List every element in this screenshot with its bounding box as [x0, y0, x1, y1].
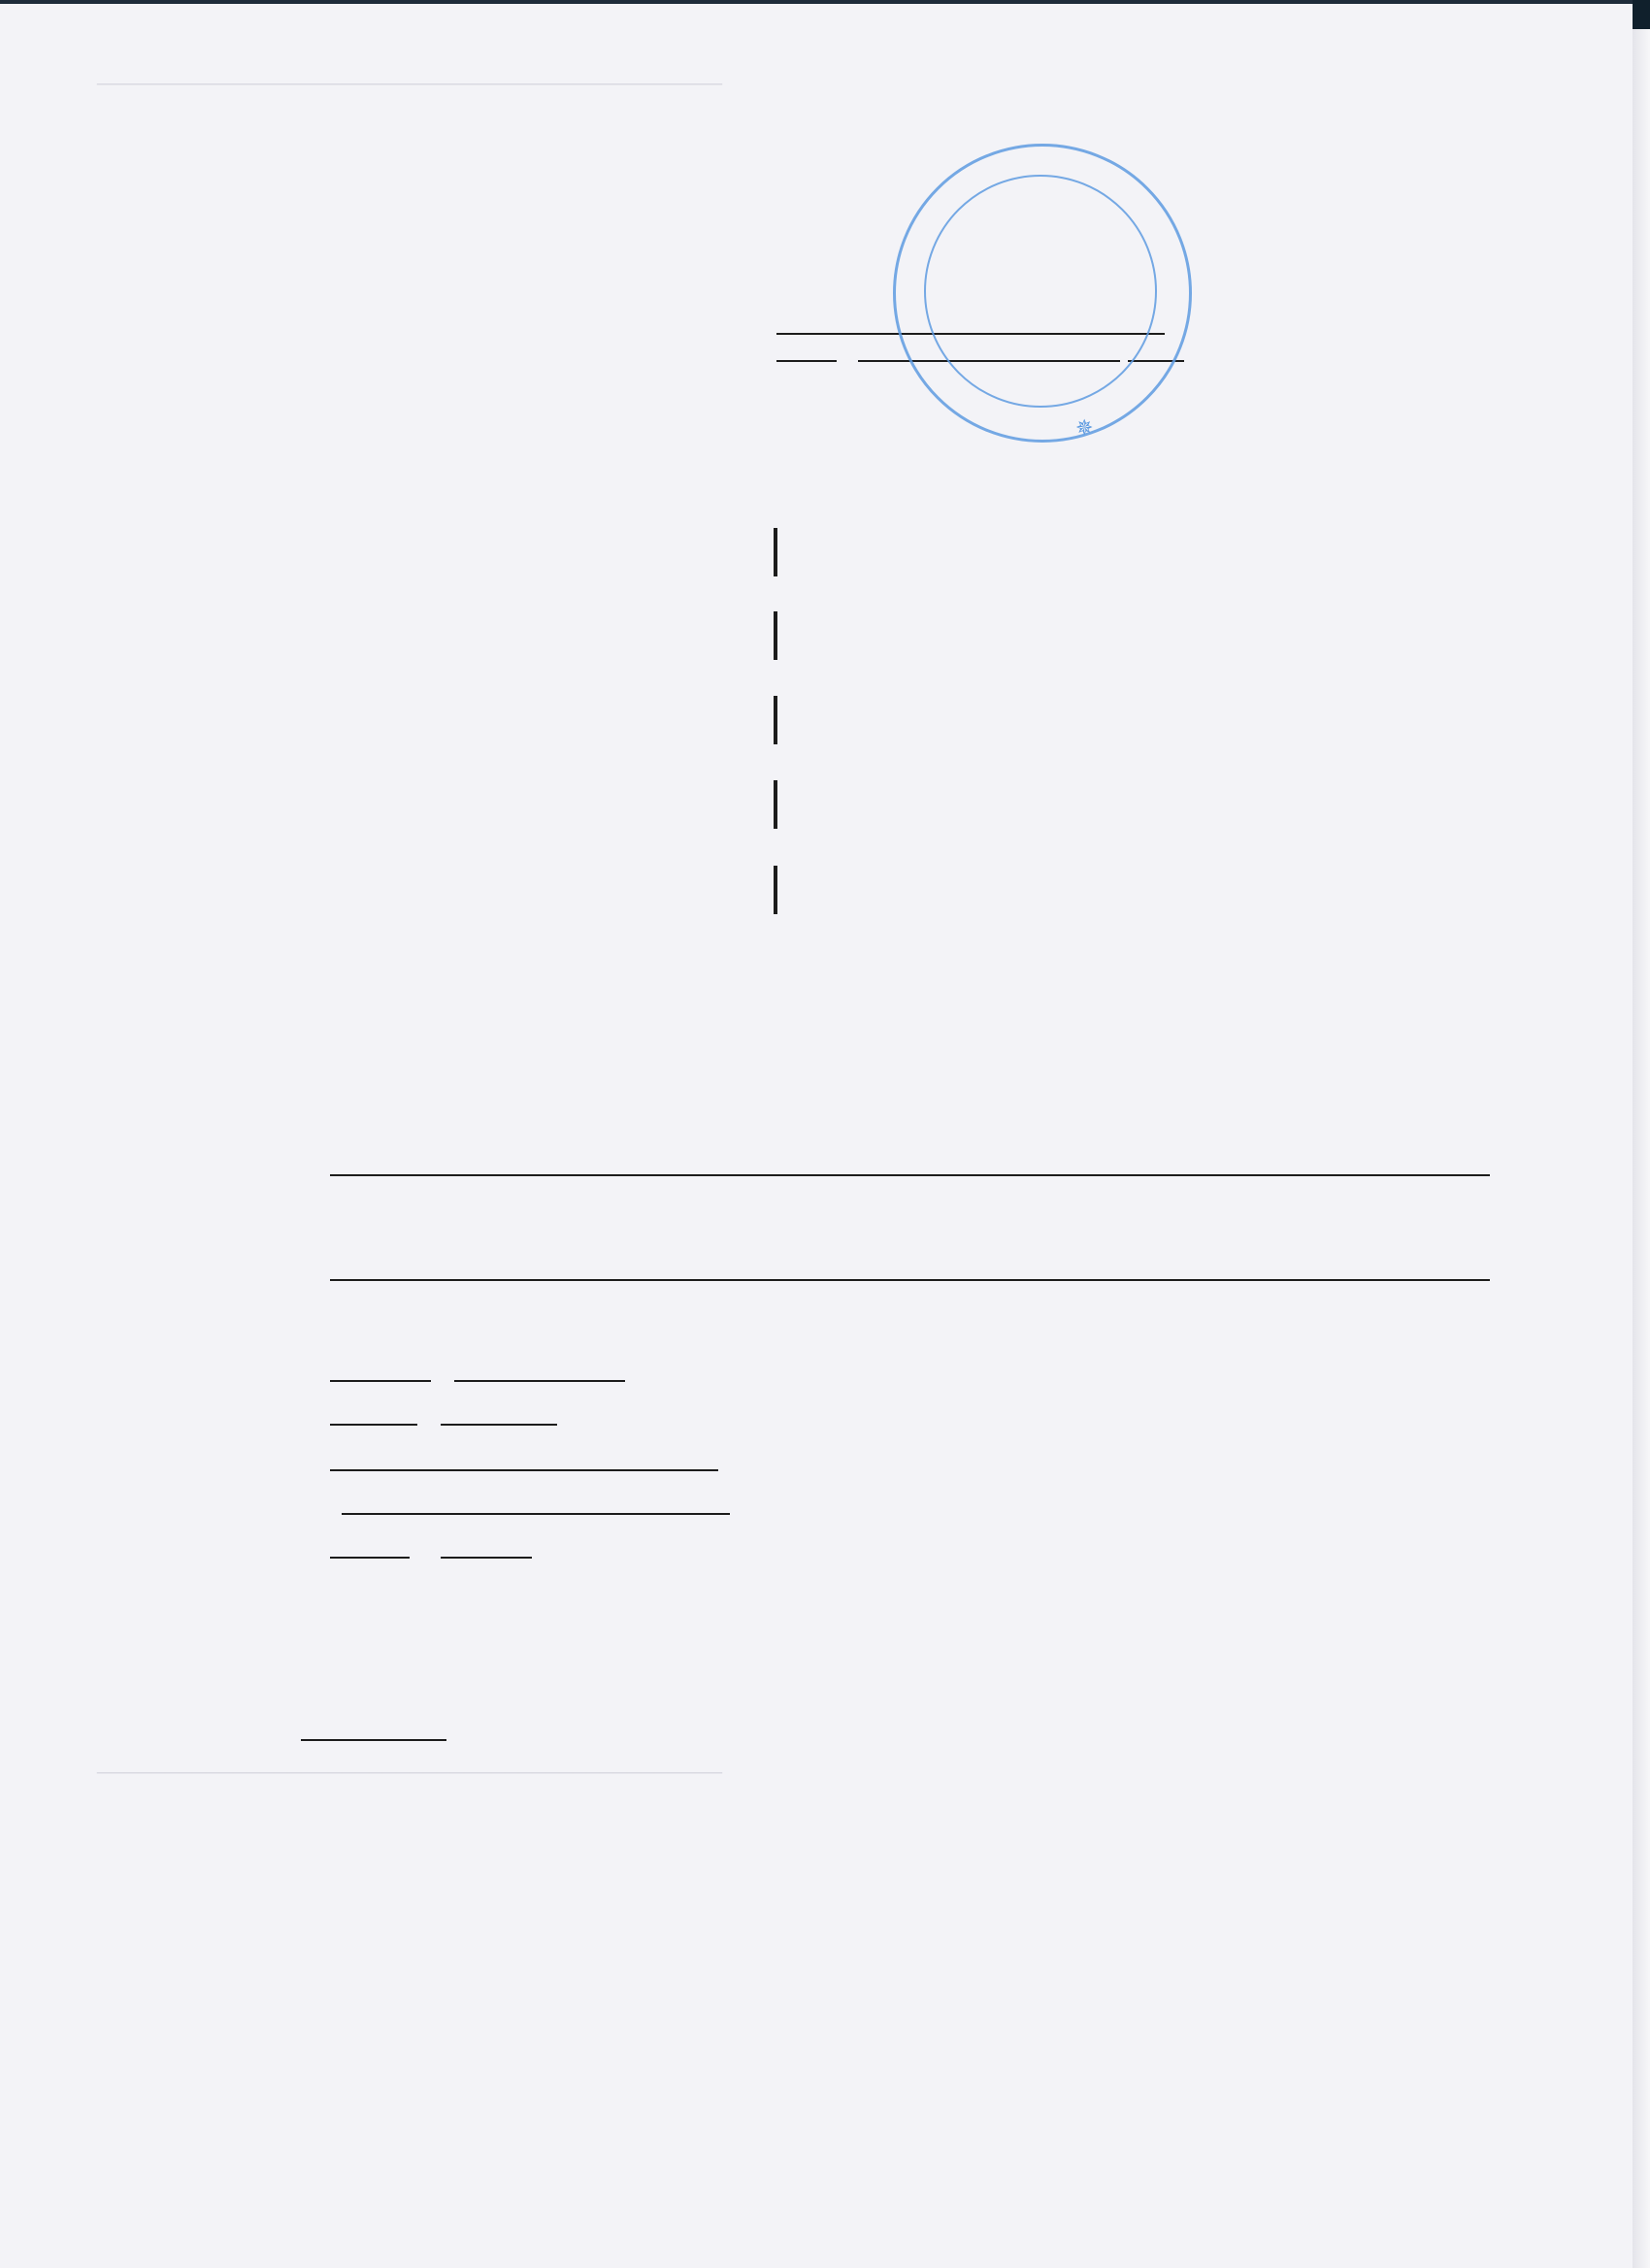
sanitary-day-row — [330, 1487, 730, 1523]
bleed-through-text: ________________________________________… — [97, 1747, 722, 1778]
sanitary-to-field[interactable] — [441, 1557, 532, 1559]
lunch-to-field[interactable] — [441, 1424, 557, 1426]
address-field[interactable] — [330, 1279, 1490, 1281]
lunch-break-row — [330, 1397, 557, 1433]
first-name-field[interactable] — [774, 611, 777, 660]
approval-day-field[interactable] — [776, 360, 837, 362]
daily-from-field[interactable] — [330, 1380, 431, 1382]
days-off-field[interactable] — [330, 1469, 718, 1471]
bleed-through-text: ________________________________________… — [97, 58, 722, 89]
sanitary-from-field[interactable] — [330, 1557, 410, 1559]
scan-edge-right — [1633, 0, 1650, 2268]
email-field[interactable] — [774, 866, 777, 914]
sanitary-day-field[interactable] — [342, 1513, 730, 1515]
scan-edge-top — [0, 0, 1650, 4]
surname-field[interactable] — [774, 528, 777, 576]
patronymic-field[interactable] — [774, 696, 777, 744]
seal-star-icon: ✵ — [1075, 415, 1093, 441]
date-underline[interactable] — [301, 1739, 446, 1741]
daily-hours-row — [330, 1354, 625, 1390]
lunch-from-field[interactable] — [330, 1424, 417, 1426]
object-name-field[interactable] — [330, 1174, 1490, 1176]
days-off-row — [330, 1443, 718, 1479]
sanitary-hour-row — [330, 1530, 532, 1566]
daily-to-field[interactable] — [454, 1380, 625, 1382]
round-seal-inner-ring — [924, 175, 1157, 408]
scan-edge-corner — [1633, 0, 1650, 29]
phone-field[interactable] — [774, 780, 777, 829]
